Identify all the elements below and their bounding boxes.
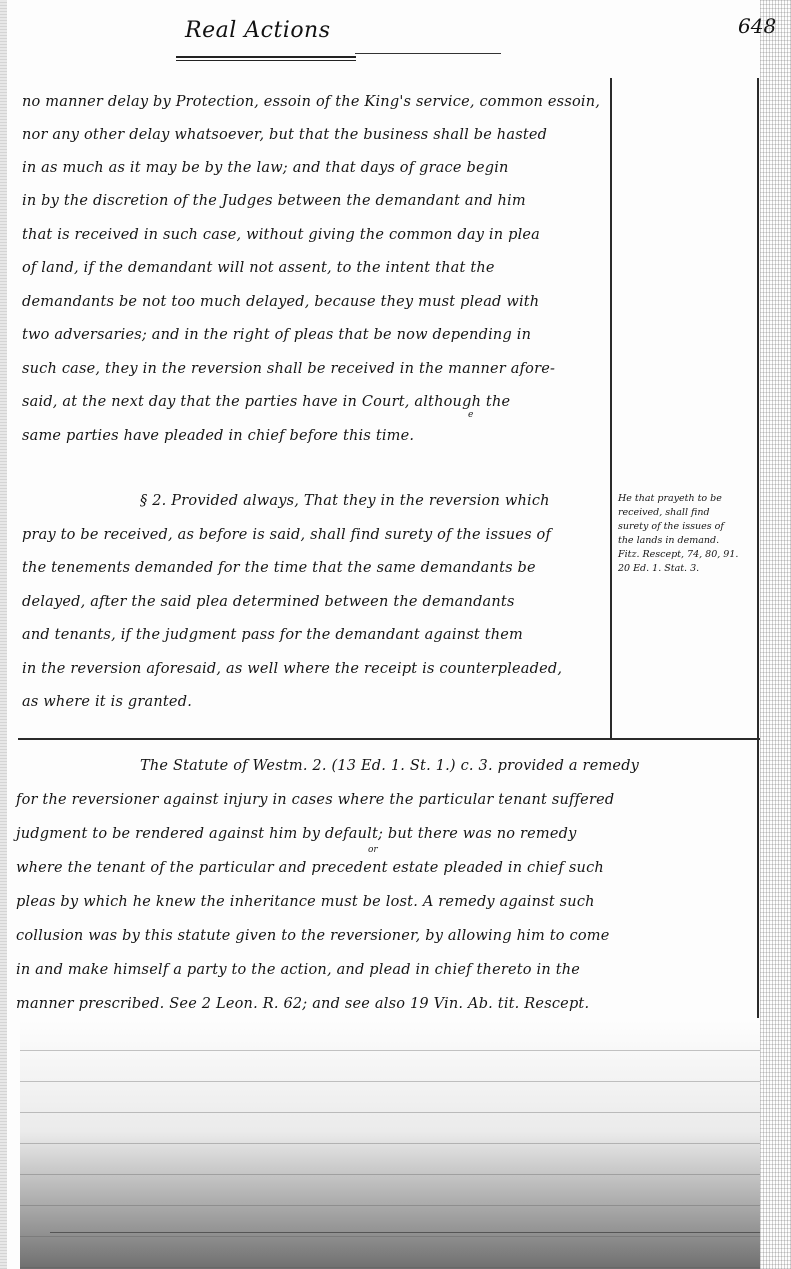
interline-correction: e — [468, 410, 473, 420]
text-line: as where it is granted. — [22, 694, 192, 710]
bottom-rule — [50, 1232, 760, 1233]
text-line: same parties have pleaded in chief befor… — [22, 428, 414, 444]
text-line: nor any other delay whatsoever, but that… — [22, 127, 547, 143]
margin-note-line: He that prayeth to be — [618, 492, 758, 506]
scan-left-edge — [0, 0, 7, 1269]
text-line: judgment to be rendered against him by d… — [16, 826, 577, 842]
text-line: collusion was by this statute given to t… — [16, 928, 610, 944]
heading-rule-extension — [355, 53, 501, 54]
heading-underline-double — [176, 60, 356, 61]
text-line: § 2. Provided always, That they in the r… — [140, 493, 550, 509]
margin-note: He that prayeth to be received, shall fi… — [618, 492, 758, 576]
text-line: pray to be received, as before is said, … — [22, 527, 551, 543]
text-line: and tenants, if the judgment pass for th… — [22, 627, 523, 643]
text-line: in by the discretion of the Judges betwe… — [22, 193, 526, 209]
text-line: the tenements demanded for the time that… — [22, 560, 536, 576]
text-line: in the reversion aforesaid, as well wher… — [22, 661, 562, 677]
text-line: of land, if the demandant will not assen… — [22, 260, 495, 276]
text-line: where the tenant of the particular and p… — [16, 860, 604, 876]
page-heading: Real Actions — [185, 18, 331, 43]
text-line: for the reversioner against injury in ca… — [16, 792, 614, 808]
scan-right-edge — [760, 0, 791, 1269]
text-line: in as much as it may be by the law; and … — [22, 160, 509, 176]
text-line: demandants be not too much delayed, beca… — [22, 294, 539, 310]
margin-note-line: the lands in demand. — [618, 534, 758, 548]
heading-underline — [176, 56, 356, 58]
text-line: in and make himself a party to the actio… — [16, 962, 580, 978]
margin-note-line: 20 Ed. 1. Stat. 3. — [618, 562, 758, 576]
text-line: such case, they in the reversion shall b… — [22, 361, 555, 377]
text-line: The Statute of Westm. 2. (13 Ed. 1. St. … — [140, 758, 639, 774]
margin-note-line: Fitz. Rescept, 74, 80, 91. — [618, 548, 758, 562]
margin-divider-line — [610, 78, 612, 738]
margin-note-line: received, shall find — [618, 506, 758, 520]
margin-note-line: surety of the issues of — [618, 520, 758, 534]
text-line: that is received in such case, without g… — [22, 227, 540, 243]
text-line: two adversaries; and in the right of ple… — [22, 327, 531, 343]
text-line: manner prescribed. See 2 Leon. R. 62; an… — [16, 996, 589, 1012]
text-line: delayed, after the said plea determined … — [22, 594, 515, 610]
section-divider-rule — [18, 738, 760, 740]
text-line: no manner delay by Protection, essoin of… — [22, 94, 600, 110]
interline-correction: or — [368, 845, 378, 855]
text-line: pleas by which he knew the inheritance m… — [16, 894, 595, 910]
text-line: said, at the next day that the parties h… — [22, 394, 510, 410]
